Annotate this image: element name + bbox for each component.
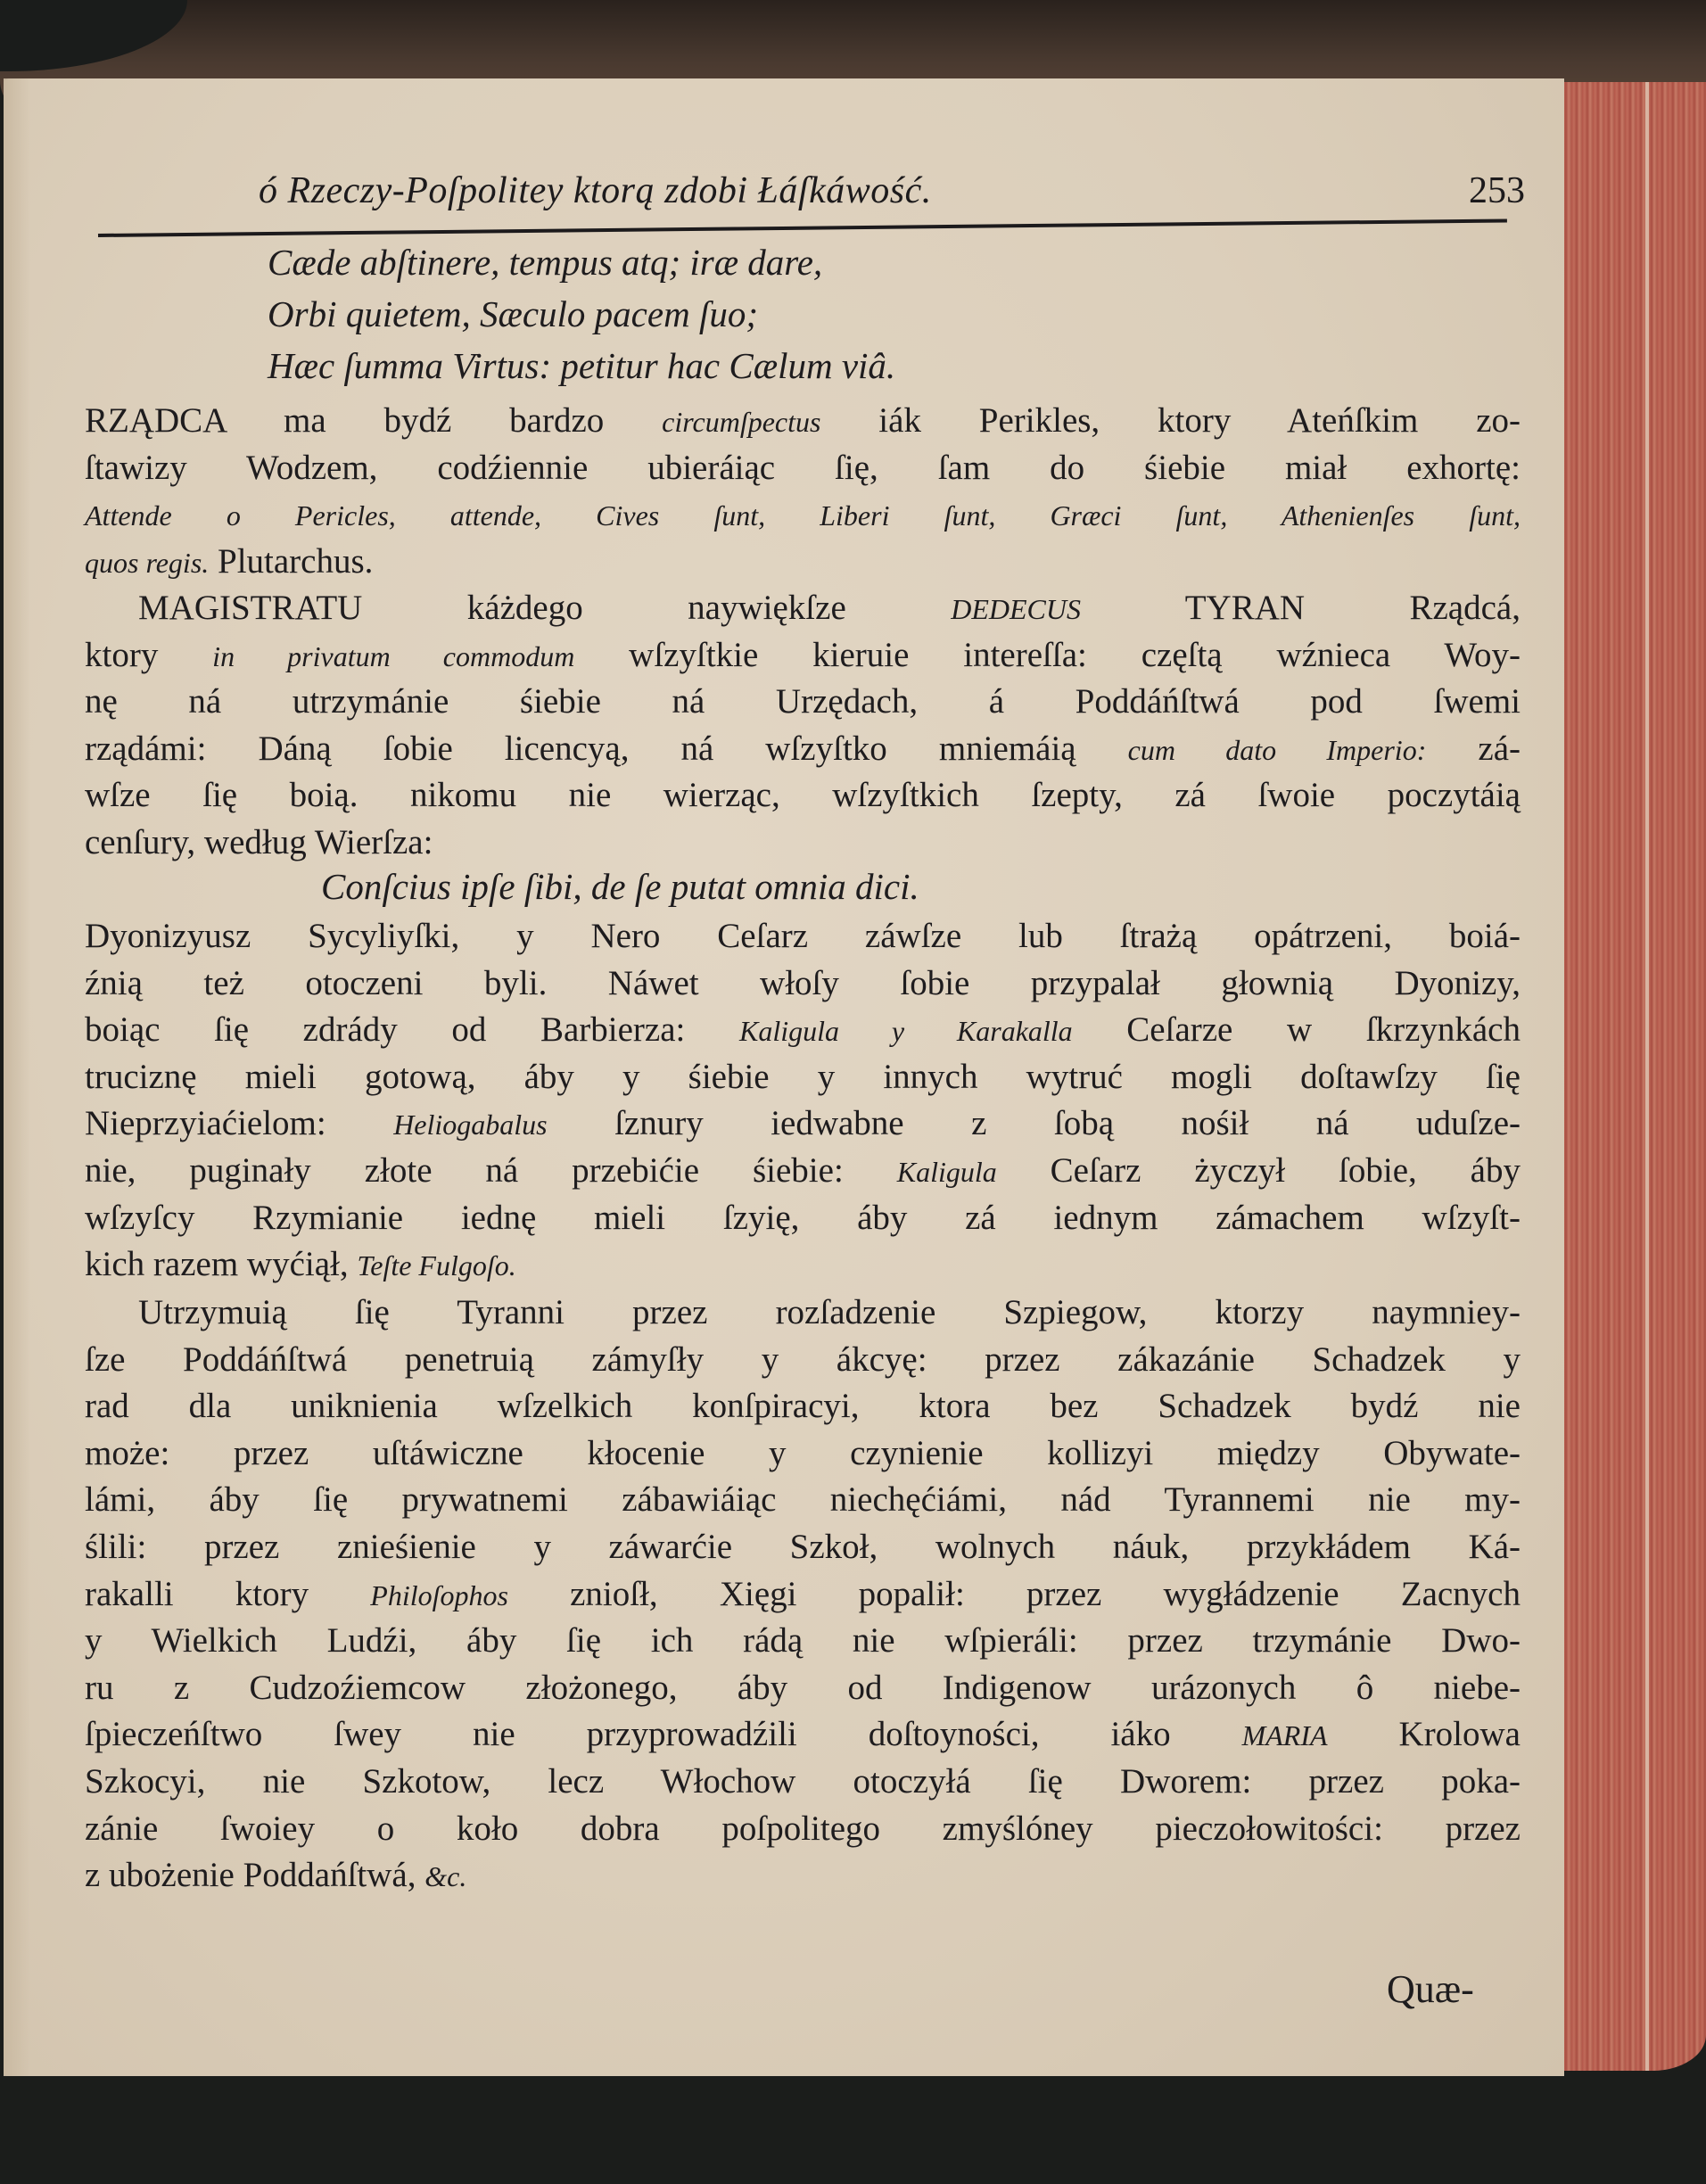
text-line: źnią też otoczeni byli. Náwet włoſy ſobi… bbox=[85, 960, 1521, 1008]
text-line: y Wielkich Ludźi, áby ſię ich rádą nie w… bbox=[85, 1618, 1521, 1665]
text-line: ślili: przez znieśienie y záwarćie Szkoł… bbox=[85, 1524, 1521, 1571]
verse-block-2: Conſcius ipſe ſibi, de ſe putat omnia di… bbox=[321, 863, 1213, 911]
verse-line: Orbi quietem, Sæculo pacem ſuo; bbox=[268, 291, 1070, 342]
text-line: ſtawizy Wodzem, codźiennie ubieráiąc ſię… bbox=[85, 445, 1521, 492]
text-line: z ubożenie Poddańſtwá, &c. bbox=[85, 1852, 1521, 1900]
running-title: ó Rzeczy-Poſpolitey ktorą zdobi Łáſkáwoś… bbox=[259, 169, 932, 212]
page-edges-highlight bbox=[1645, 82, 1649, 2071]
verse-line: Cæde abſtinere, tempus atq; iræ dare, bbox=[268, 239, 1070, 291]
paragraph-2: MAGISTRATU káżdego naywiękſze DEDECUS TY… bbox=[85, 585, 1521, 867]
verse-block-1: Cæde abſtinere, tempus atq; iræ dare, Or… bbox=[268, 239, 1070, 394]
text-line: nę ná utrzymánie śiebie ná Urzędach, á P… bbox=[85, 679, 1521, 726]
text-line: kich razem wyćiął, Teſte Fulgoſo. bbox=[85, 1241, 1521, 1289]
text-line: RZĄDCA ma bydź bardzo circumſpectus iák … bbox=[85, 398, 1521, 445]
verse-line: Conſcius ipſe ſibi, de ſe putat omnia di… bbox=[321, 863, 1213, 911]
text-line: Dyonizyusz Sycyliyſki, y Nero Ceſarz záw… bbox=[85, 913, 1521, 960]
text-line: MAGISTRATU káżdego naywiękſze DEDECUS TY… bbox=[85, 585, 1521, 632]
page-header: ó Rzeczy-Poſpolitey ktorą zdobi Łáſkáwoś… bbox=[259, 169, 1525, 223]
text-line: ſze Poddáńſtwá penetruią zámyſły y ákcyę… bbox=[85, 1337, 1521, 1384]
text-line: rządámi: Dáną ſobie licencyą, ná wſzyſtk… bbox=[85, 726, 1521, 773]
text-line: boiąc ſię zdrády od Barbierza: Kaligula … bbox=[85, 1007, 1521, 1054]
text-line: nie, puginały złote ná przebićie śiebie:… bbox=[85, 1148, 1521, 1195]
gutter-shade bbox=[4, 78, 30, 2076]
text-line: rad dla uniknienia wſzelkich konſpiracyi… bbox=[85, 1383, 1521, 1430]
text-line: rakalli ktory Philoſophos znioſł, Xięgi … bbox=[85, 1571, 1521, 1619]
text-line: zánie ſwoiey o koło dobra poſpolitego zm… bbox=[85, 1806, 1521, 1853]
text-line: wſzyſcy Rzymianie iednę mieli ſzyię, áby… bbox=[85, 1195, 1521, 1242]
verse-line: Hæc ſumma Virtus: petitur hac Cælum viâ. bbox=[268, 342, 1070, 394]
page-edges bbox=[1561, 82, 1706, 2071]
paragraph-1: RZĄDCA ma bydź bardzo circumſpectus iák … bbox=[85, 398, 1521, 585]
text-line: wſze ſię boią. nikomu nie wierząc, wſzyſ… bbox=[85, 772, 1521, 820]
text-line: cenſury, według Wierſza: bbox=[85, 820, 1521, 867]
paragraph-4: Utrzymuią ſię Tyranni przez rozſadzenie … bbox=[85, 1290, 1521, 1900]
text-line: lámi, áby ſię prywatnemi zábawiáiąc niec… bbox=[85, 1477, 1521, 1524]
text-line: Szkocyi, nie Szkotow, lecz Włochow otocz… bbox=[85, 1759, 1521, 1806]
catchword: Quæ- bbox=[1387, 1966, 1474, 2012]
text-line: quos regis. Plutarchus. bbox=[85, 539, 1521, 586]
text-line: ru z Cudzoźiemcow złożonego, áby od Indi… bbox=[85, 1665, 1521, 1712]
text-line: Utrzymuią ſię Tyranni przez rozſadzenie … bbox=[85, 1290, 1521, 1337]
text-line: Attende o Pericles, attende, Cives ſunt,… bbox=[85, 491, 1521, 539]
paragraph-3: Dyonizyusz Sycyliyſki, y Nero Ceſarz záw… bbox=[85, 913, 1521, 1289]
text-line: ktory in privatum commodum wſzyſtkie kie… bbox=[85, 632, 1521, 680]
page-number: 253 bbox=[1469, 169, 1525, 212]
text-line: truciznę mieli gotową, áby y śiebie y in… bbox=[85, 1054, 1521, 1101]
text-line: może: przez uſtáwiczne kłocenie y czynie… bbox=[85, 1430, 1521, 1478]
text-line: Nieprzyiaćielom: Heliogabalus ſznury ied… bbox=[85, 1100, 1521, 1148]
text-line: ſpieczeńſtwo ſwey nie przyprowadźili doſ… bbox=[85, 1711, 1521, 1759]
